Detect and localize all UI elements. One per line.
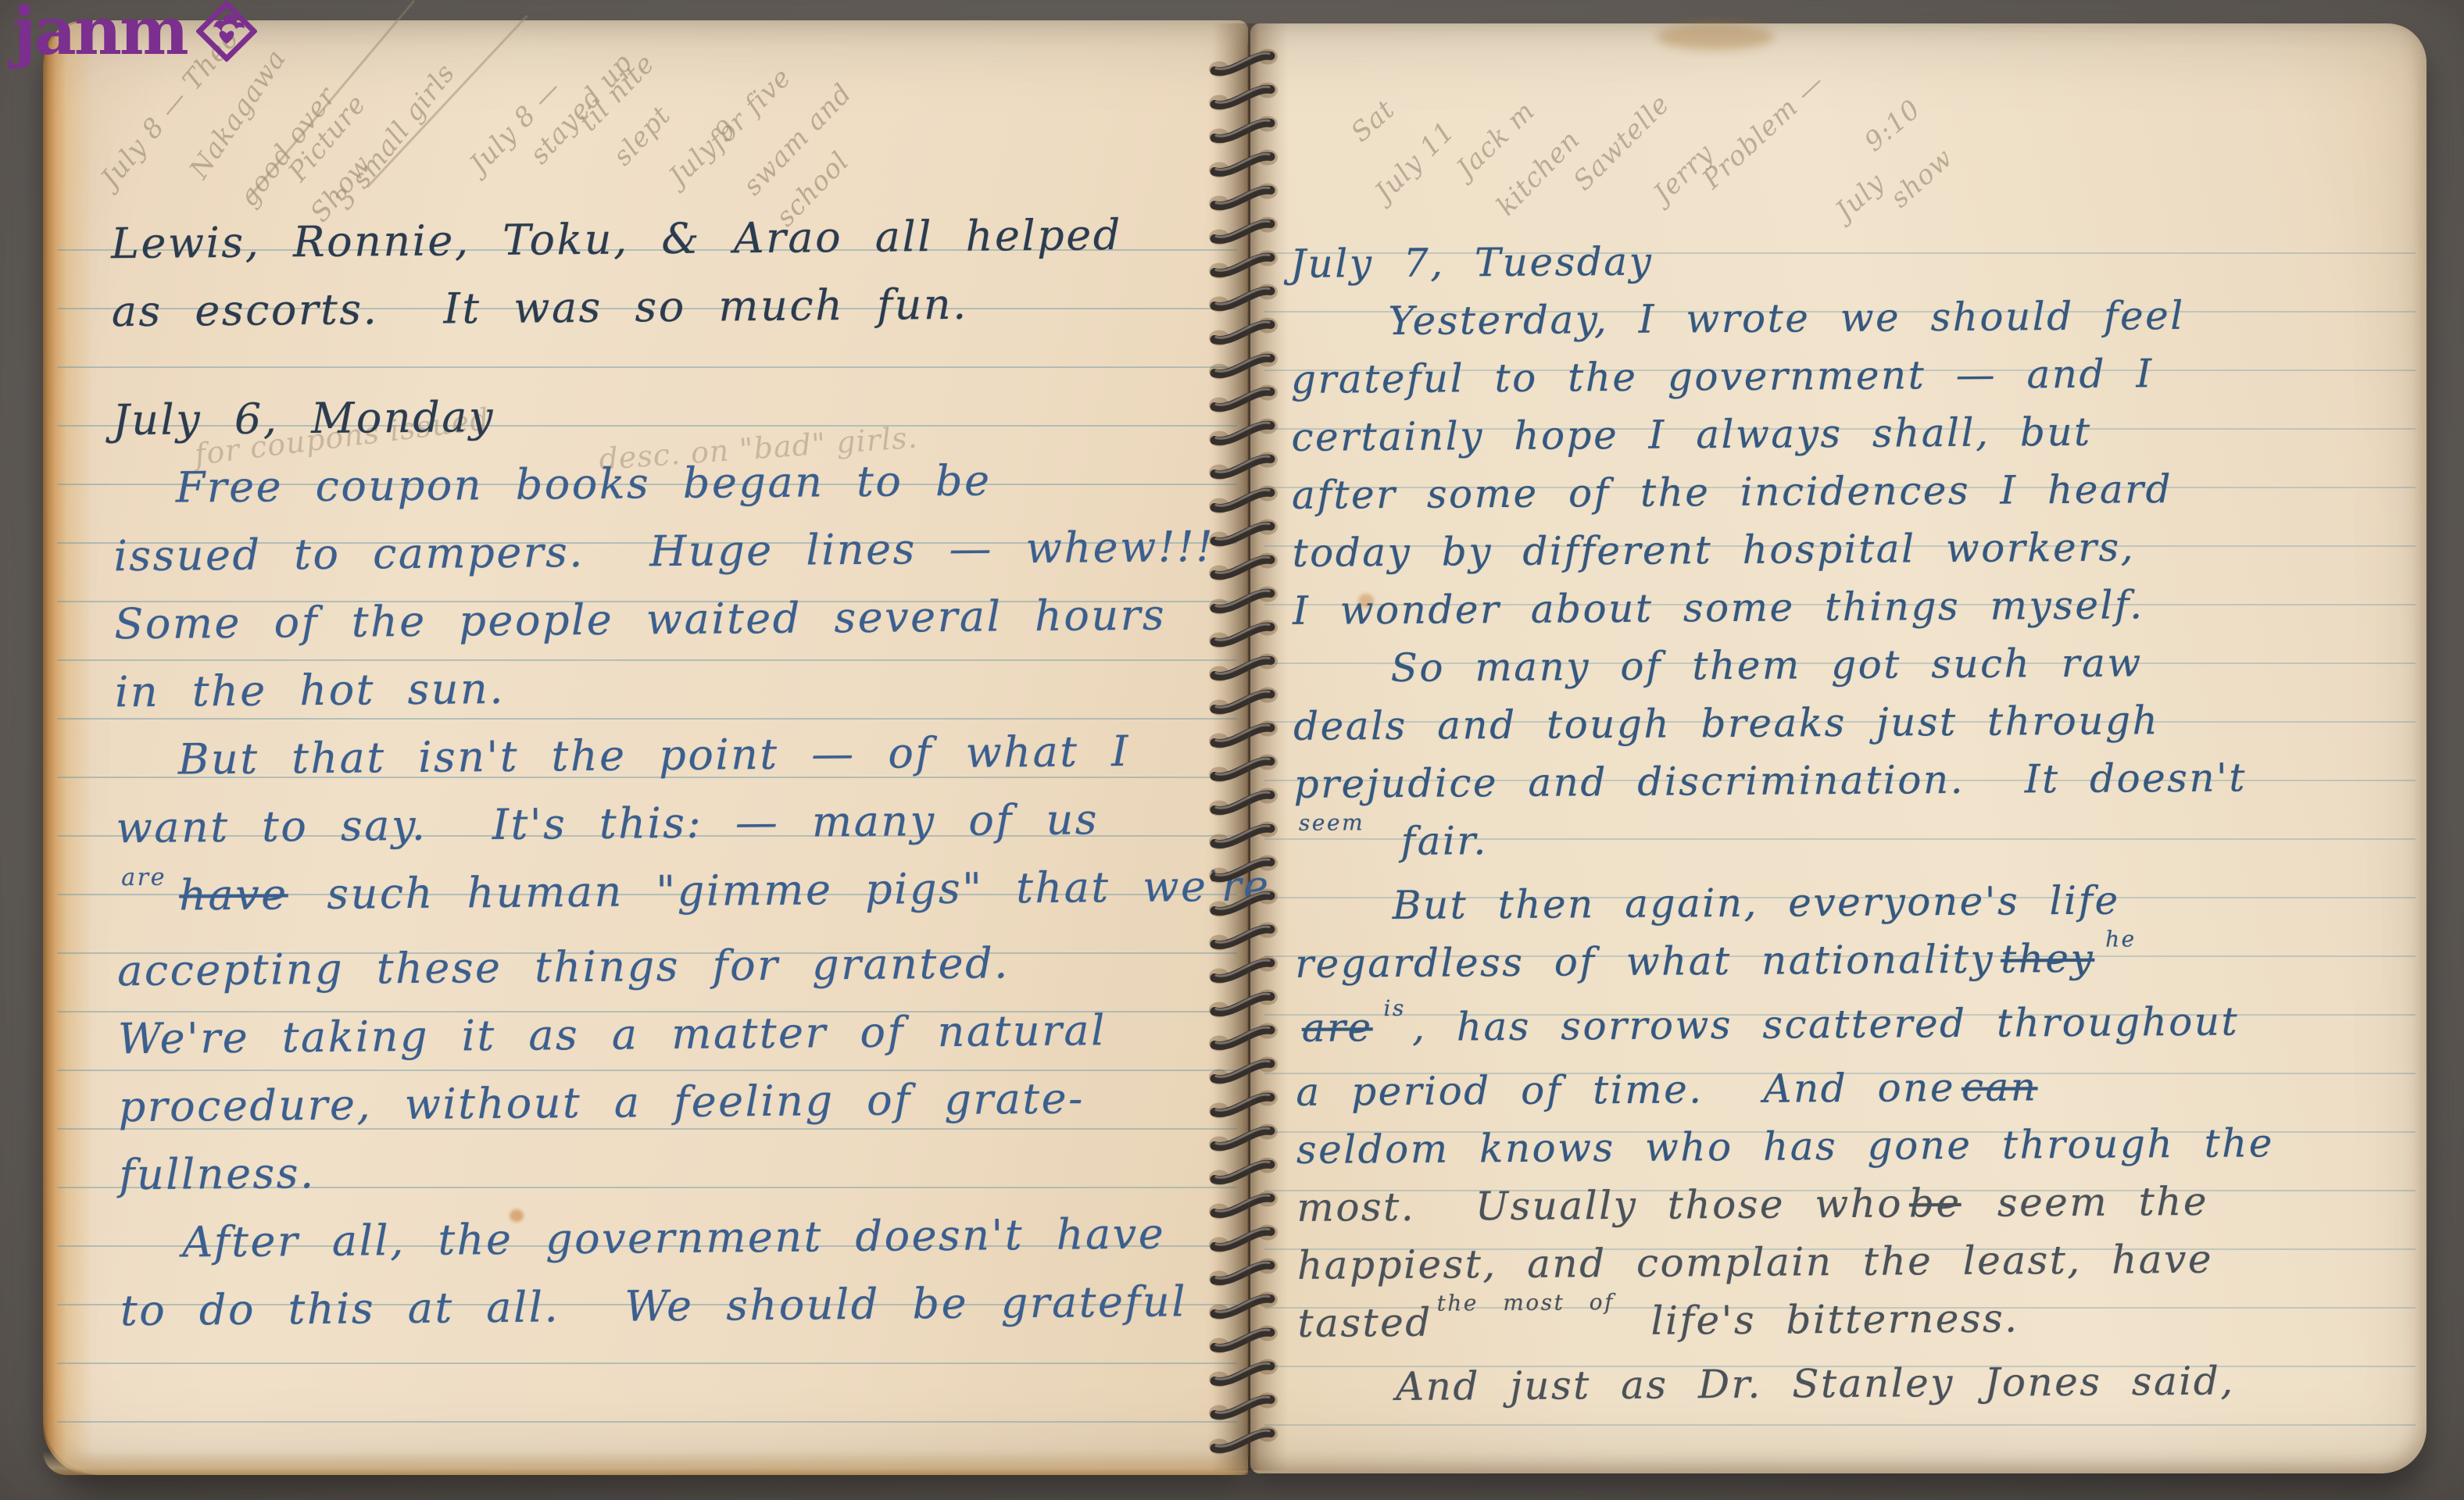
janm-crest-icon xyxy=(196,1,257,62)
janm-logo: janm xyxy=(13,0,257,62)
janm-logo-text: janm xyxy=(13,0,187,62)
spiral-binding xyxy=(0,0,2464,1500)
scanned-diary-photograph: Lewis, Ronnie, Toku, & Arao all helpedas… xyxy=(0,0,2464,1500)
